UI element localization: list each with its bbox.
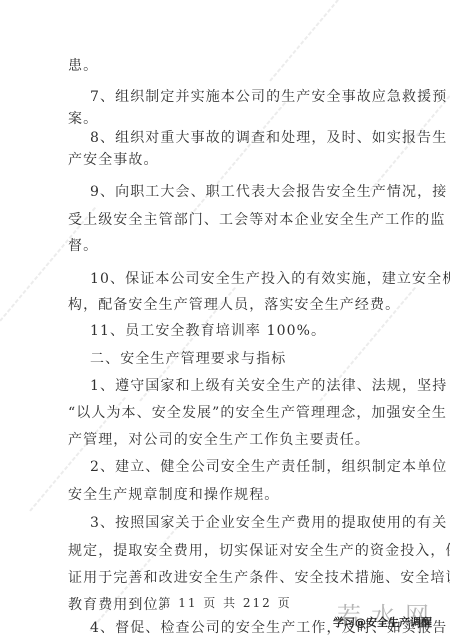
text-line: 督。 — [68, 238, 98, 254]
text-line: 受上级安全主管部门、工会等对本企业安全生产工作的监 — [68, 212, 446, 228]
diagonal-watermark — [269, 0, 367, 82]
text-line: 9、向职工大会、职工代表大会报告安全生产情况，接 — [90, 184, 447, 200]
watermark-logo: 若水网 学习@安全生产调醒 — [333, 596, 448, 634]
text-line: 2、建立、健全公司安全生产责任制，组织制定本单位 — [90, 459, 447, 475]
text-line: 构，配备安全生产管理人员，落实安全生产经费。 — [68, 297, 400, 313]
text-line: “以人为本、安全发展”的安全生产管理理念，加强安全生 — [68, 405, 447, 421]
text-line: 证用于完善和改进安全生产条件、安全技术措施、安全培训 — [68, 570, 450, 586]
text-line: 产安全事故。 — [68, 152, 159, 168]
text-line: 案。 — [68, 111, 98, 127]
text-line: 规定，提取安全费用，切实保证对安全生产的资金投入，保 — [68, 543, 450, 559]
section-heading: 二、安全生产管理要求与指标 — [90, 351, 286, 367]
text-line: 安全生产规章制度和操作规程。 — [68, 487, 279, 503]
document-page: 患。 7、组织制定并实施本公司的生产安全事故应急救援预 案。 8、组织对重大事故… — [0, 0, 450, 636]
text-line: 产管理，对公司的安全生产工作负主要责任。 — [68, 432, 370, 448]
watermark-account: 学习@安全生产调醒 — [333, 614, 432, 630]
text-line: 7、组织制定并实施本公司的生产安全事故应急救援预 — [90, 89, 447, 105]
text-line: 11、员工安全教育培训率 100%。 — [90, 323, 326, 339]
text-line: 3、按照国家关于企业安全生产费用的提取使用的有关 — [90, 515, 447, 531]
text-line: 10、保证本公司安全生产投入的有效实施，建立安全机 — [90, 271, 450, 287]
text-line: 1、遵守国家和上级有关安全生产的法律、法规，坚持 — [90, 378, 447, 394]
text-line: 8、组织对重大事故的调查和处理，及时、如实报告生 — [90, 130, 447, 146]
text-line: 患。 — [68, 58, 98, 74]
